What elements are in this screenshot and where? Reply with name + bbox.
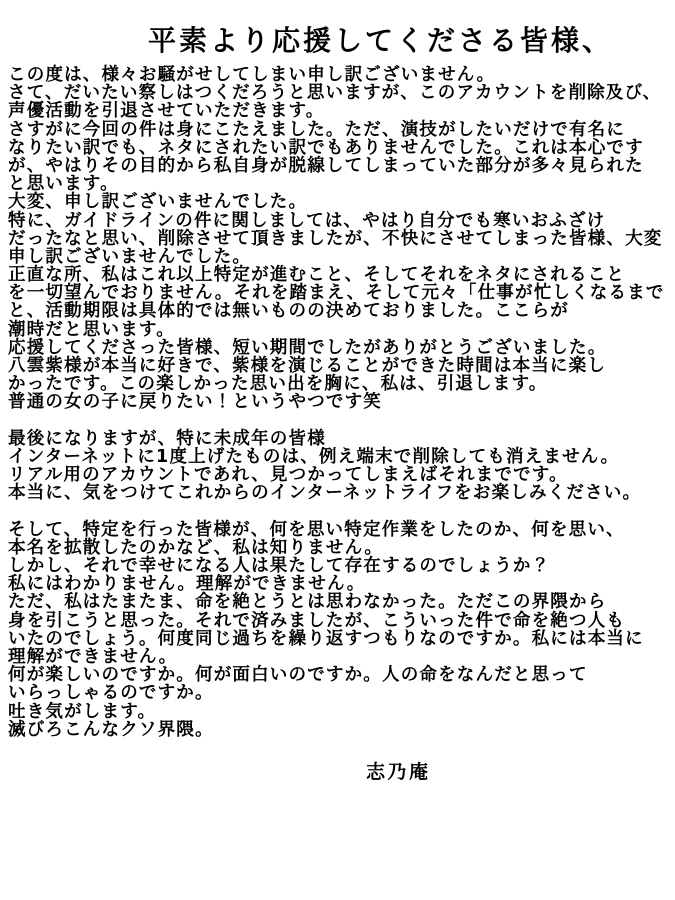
text-line: 普通の女の子に戻りたい！というやつです笑 xyxy=(8,393,673,411)
text-line: 私にはわかりません。理解ができません。 xyxy=(8,575,673,593)
text-line: 何が楽しいのですか。何が面白いのですか。人の命をなんだと思って xyxy=(8,666,673,684)
text-line: かったです。この楽しかった思い出を胸に、私は、引退します。 xyxy=(8,375,673,393)
text-line: なりたい訳でも、ネタにされたい訳でもありませんでした。これは本心です xyxy=(8,139,673,157)
signature: 志乃庵 xyxy=(366,762,431,783)
text-line: さて、だいたい察しはつくだろうと思いますが、このアカウントを削除及び、 xyxy=(8,84,673,102)
text-line: 最後になりますが、特に未成年の皆様 xyxy=(8,430,673,448)
letter-page: 平素より応援してくださる皆様、 この度は、様々お騒がせしてしまい申し訳ございませ… xyxy=(0,0,675,900)
text-line: 潮時だと思います。 xyxy=(8,321,673,339)
text-line: 正直な所、私はこれ以上特定が進むこと、そしてそれをネタにされること xyxy=(8,266,673,284)
text-line: と思います。 xyxy=(8,175,673,193)
text-line: いたのでしょう。何度同じ過ちを繰り返すつもりなのですか。私には本当に xyxy=(8,630,673,648)
text-line: 応援してくださった皆様、短い期間でしたがありがとうございました。 xyxy=(8,339,673,357)
text-line: 声優活動を引退させていただきます。 xyxy=(8,102,673,120)
text-line: この度は、様々お騒がせしてしまい申し訳ございません。 xyxy=(8,66,673,84)
text-line: 本当に、気をつけてこれからのインターネットライフをお楽しみください。 xyxy=(8,484,673,502)
text-line: 本名を拡散したのかなど、私は知りません。 xyxy=(8,539,673,557)
text-line: と、活動期限は具体的では無いものの決めておりました。ここらが xyxy=(8,302,673,320)
text-line: しかし、それで幸せになる人は果たして存在するのでしょうか？ xyxy=(8,557,673,575)
text-line: だったなと思い、削除させて頂きましたが、不快にさせてしまった皆様、大変 xyxy=(8,230,673,248)
letter-body: この度は、様々お騒がせしてしまい申し訳ございません。さて、だいたい察しはつくだろ… xyxy=(8,66,673,739)
text-line: 八雲紫様が本当に好きで、紫様を演じることができた時間は本当に楽し xyxy=(8,357,673,375)
text-line: が、やはりその目的から私自身が脱線してしまっていた部分が多々見られた xyxy=(8,157,673,175)
text-line: 特に、ガイドラインの件に関しましては、やはり自分でも寒いおふざけ xyxy=(8,212,673,230)
text-line: を一切望んでおりません。それを踏まえ、そして元々「仕事が忙しくなるまで xyxy=(8,284,673,302)
text-line: いらっしゃるのですか。 xyxy=(8,684,673,702)
text-line: ただ、私はたまたま、命を絶とうとは思わなかった。ただこの界隈から xyxy=(8,593,673,611)
text-line: そして、特定を行った皆様が、何を思い特定作業をしたのか、何を思い、 xyxy=(8,521,673,539)
blank-line xyxy=(8,503,673,521)
text-line: さすがに今回の件は身にこたえました。ただ、演技がしたいだけで有名に xyxy=(8,121,673,139)
text-line: インターネットに1度上げたものは、例え端末で削除しても消えません。 xyxy=(8,448,673,466)
text-line: 申し訳ございませんでした。 xyxy=(8,248,673,266)
text-line: 身を引こうと思った。それで済みましたが、こういった件で命を絶つ人も xyxy=(8,612,673,630)
blank-line xyxy=(8,412,673,430)
text-line: 大変、申し訳ございませんでした。 xyxy=(8,193,673,211)
text-line: 理解ができません。 xyxy=(8,648,673,666)
text-line: 吐き気がします。 xyxy=(8,703,673,721)
text-line: リアル用のアカウントであれ、見つかってしまえばそれまでです。 xyxy=(8,466,673,484)
text-line: 滅びろこんなクソ界隈。 xyxy=(8,721,673,739)
letter-title: 平素より応援してくださる皆様、 xyxy=(148,26,613,57)
